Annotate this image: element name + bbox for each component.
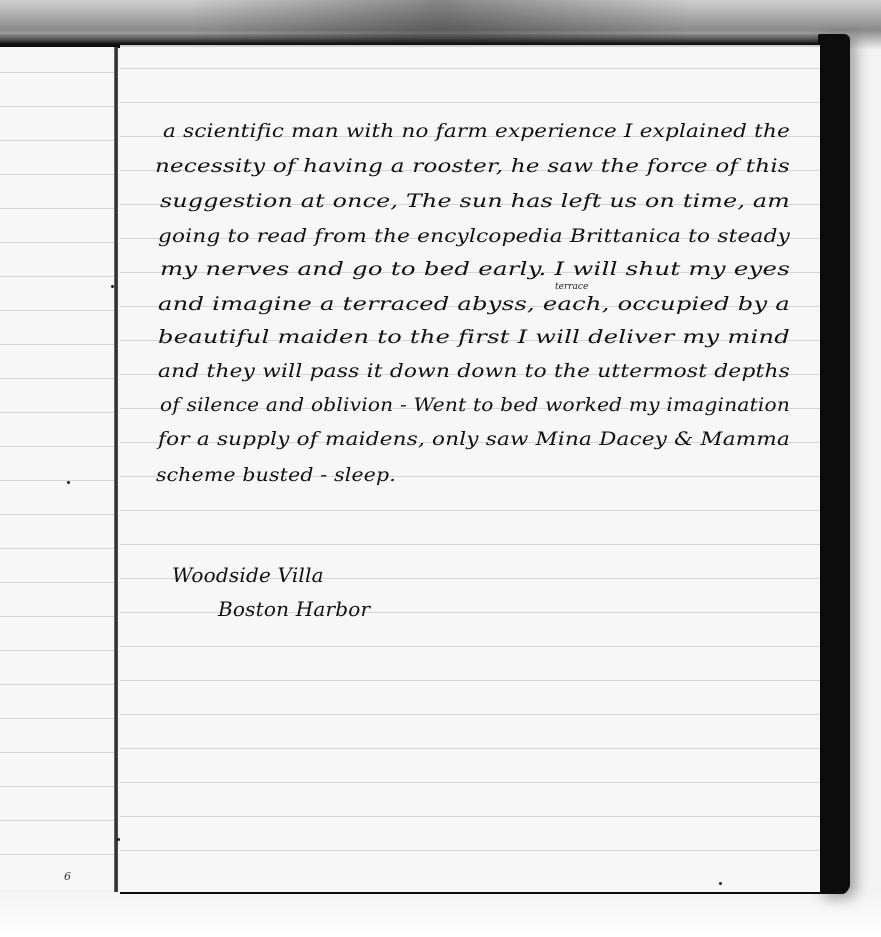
handwritten-line: going to read from the encylcopedia Brit… <box>158 225 790 247</box>
signature-location: Boston Harbor <box>218 597 370 621</box>
handwritten-line: and imagine a terraced abyss, each, occu… <box>158 293 790 315</box>
handwritten-line: beautiful maiden to the first I will del… <box>158 326 790 348</box>
signature-place: Woodside Villa <box>172 563 324 587</box>
left-page <box>0 47 116 890</box>
handwritten-line: suggestion at once, The sun has left us … <box>160 190 790 212</box>
handwritten-line: of silence and oblivion - Went to bed wo… <box>160 394 790 416</box>
handwritten-line: necessity of having a rooster, he saw th… <box>155 155 790 177</box>
ink-speck <box>111 285 114 288</box>
handwritten-line: scheme busted - sleep. <box>156 464 396 486</box>
handwritten-line: for a supply of maidens, only saw Mina D… <box>158 428 790 450</box>
handwritten-line: my nerves and go to bed early. I will sh… <box>160 258 790 280</box>
page-number: 6 <box>64 870 71 883</box>
ink-speck <box>117 838 120 841</box>
interlinear-insert: terrace <box>555 282 588 292</box>
notebook-cover-edge <box>818 34 850 894</box>
ink-speck <box>67 481 70 484</box>
handwritten-line: and they will pass it down down to the u… <box>158 360 790 382</box>
ink-speck <box>719 882 722 885</box>
handwritten-line: a scientific man with no farm experience… <box>163 120 790 142</box>
notebook-gutter <box>114 47 118 892</box>
